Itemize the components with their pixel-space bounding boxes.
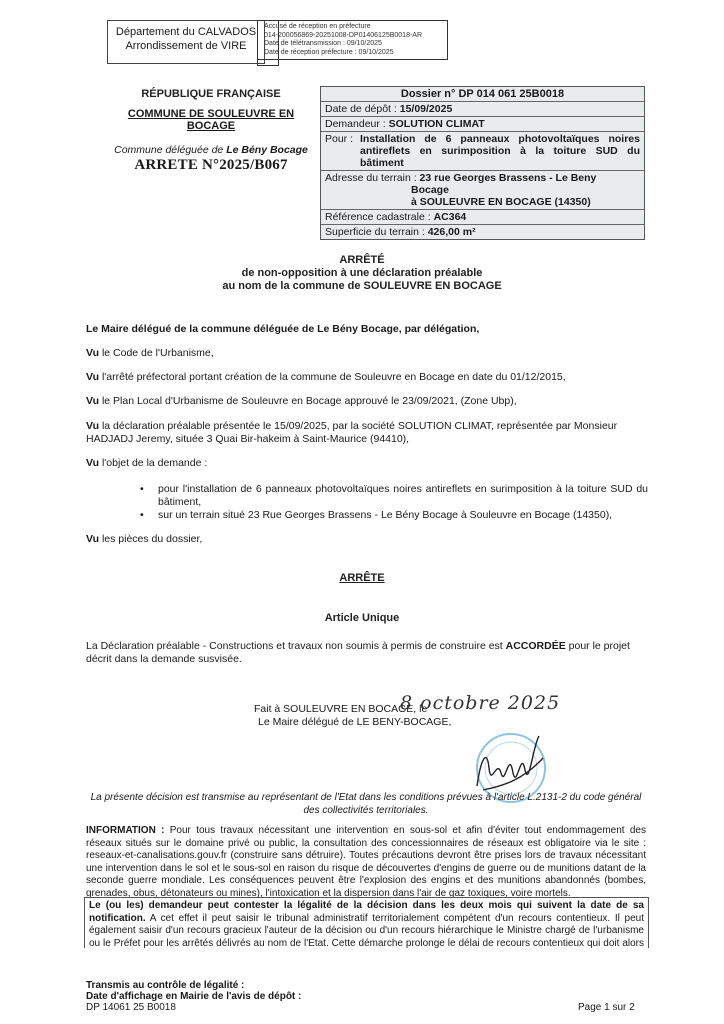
article-title: Article Unique [0, 612, 724, 624]
value: 426,00 m² [428, 226, 476, 238]
dossier-date-depot: Date de dépôt : 15/09/2025 [321, 101, 644, 116]
delegated-commune: Commune déléguée de Le Bény Bocage [108, 144, 314, 156]
maire-statement: Le Maire délégué de la commune déléguée … [86, 323, 646, 336]
value: 23 rue Georges Brassens - Le Beny [420, 172, 597, 184]
arrondissement-line: Arrondissement de VIRE [108, 39, 264, 53]
vu-code-urbanisme: Vu le Code de l'Urbanisme, [86, 347, 646, 360]
dossier-box: Dossier n° DP 014 061 25B0018 Date de dé… [320, 86, 645, 240]
footer-transmis: Transmis au contrôle de légalité : [86, 980, 301, 991]
dossier-title: Dossier n° DP 014 061 25B0018 [321, 87, 644, 101]
prefecture-acknowledgement-stamp: Accusé de réception en préfecture 014-20… [258, 20, 448, 60]
recours-text: A cet effet il peut saisir le tribunal a… [89, 913, 644, 949]
vu-word: Vu [86, 420, 99, 432]
left-title-block: RÉPUBLIQUE FRANÇAISE COMMUNE DE SOULEUVR… [108, 88, 314, 174]
value: Installation de 6 panneaux photovoltaïqu… [360, 133, 640, 169]
page-number: Page 1 sur 2 [578, 1002, 635, 1013]
label: Pour : [325, 133, 360, 169]
ack-line-3: Date de télétransmission : 09/10/2025 [264, 40, 447, 49]
department-line: Département du CALVADOS [108, 25, 264, 39]
vu-objet: Vu l'objet de la demande : [86, 457, 646, 470]
vu-word: Vu [86, 395, 99, 407]
vu-text: le Plan Local d'Urbanisme de Souleuvre e… [99, 395, 517, 407]
vu-text: les pièces du dossier, [99, 533, 202, 545]
objet-list: pour l'installation de 6 panneaux photov… [140, 483, 648, 522]
heading-line: au nom de la commune de SOULEUVRE EN BOC… [0, 280, 724, 293]
vu-arrete-prefectoral: Vu l'arrêté préfectoral portant création… [86, 371, 646, 384]
value: SOLUTION CLIMAT [389, 118, 485, 130]
arrete-heading: ARRÊTÉ de non-opposition à une déclarati… [0, 254, 724, 293]
ack-line-1: Accusé de réception en préfecture [264, 23, 447, 32]
dossier-pour: Pour : Installation de 6 panneaux photov… [321, 131, 644, 170]
dossier-adresse: Adresse du terrain : 23 rue Georges Bras… [321, 170, 644, 209]
republic-title: RÉPUBLIQUE FRANÇAISE [108, 88, 314, 100]
delegated-prefix: Commune déléguée de [114, 144, 226, 156]
value: 15/09/2025 [400, 103, 453, 115]
vu-text: l'objet de la demande : [99, 457, 207, 469]
arrete-section-title: ARRÊTE [0, 572, 724, 584]
vu-word: Vu [86, 457, 99, 469]
commune-title: COMMUNE DE SOULEUVRE EN BOCAGE [108, 108, 314, 132]
dossier-demandeur: Demandeur : SOLUTION CLIMAT [321, 116, 644, 131]
dossier-superficie: Superficie du terrain : 426,00 m² [321, 224, 644, 239]
delegated-name: Le Bény Bocage [226, 144, 308, 156]
handwritten-date: 8 octobre 2025 [400, 692, 560, 714]
label: Adresse du terrain : [325, 172, 420, 184]
vu-text: l'arrêté préfectoral portant création de… [99, 371, 566, 383]
vu-word: Vu [86, 347, 99, 359]
information-notice: INFORMATION : Pour tous travaux nécessit… [86, 825, 646, 900]
vu-word: Vu [86, 371, 99, 383]
stamp-frame [257, 20, 279, 66]
vu-word: Vu [86, 533, 99, 545]
footer-affichage: Date d'affichage en Mairie de l'avis de … [86, 991, 301, 1002]
decision-text: La Déclaration préalable - Constructions… [86, 640, 646, 666]
vu-declaration: Vu la déclaration préalable présentée le… [86, 420, 646, 446]
value: Bocage [325, 184, 640, 196]
label: Date de dépôt : [325, 103, 400, 115]
vu-text: le Code de l'Urbanisme, [99, 347, 214, 359]
label: Demandeur : [325, 118, 389, 130]
heading-line: de non-opposition à une déclaration préa… [0, 267, 724, 280]
value: à SOULEUVRE EN BOCAGE (14350) [325, 196, 640, 208]
arrete-number: ARRETE N°2025/B067 [108, 157, 314, 174]
label: Référence cadastrale : [325, 211, 434, 223]
vu-pieces: Vu les pièces du dossier, [86, 533, 646, 546]
vu-text: la déclaration préalable présentée le 15… [86, 420, 617, 445]
dossier-cadastre: Référence cadastrale : AC364 [321, 209, 644, 224]
info-label: INFORMATION : [86, 825, 164, 836]
decision-status: ACCORDÉE [506, 640, 566, 652]
heading-line: ARRÊTÉ [0, 254, 724, 267]
value: AC364 [434, 211, 467, 223]
vu-plu: Vu le Plan Local d'Urbanisme de Souleuvr… [86, 395, 646, 408]
ack-line-4: Date de réception préfecture : 09/10/202… [264, 49, 447, 58]
maire-signatory: Le Maire délégué de LE BENY-BOCAGE, [258, 716, 451, 728]
list-item: sur un terrain situé 23 Rue Georges Bras… [140, 509, 648, 522]
info-text: Pour tous travaux nécessitant une interv… [86, 825, 646, 899]
list-item: pour l'installation de 6 panneaux photov… [140, 483, 648, 509]
footer-reference: DP 14061 25 B0018 [86, 1002, 301, 1013]
ack-line-2: 014-200056869-20251008-DP01406125B0018-A… [264, 32, 447, 41]
department-box: Département du CALVADOS Arrondissement d… [107, 20, 265, 64]
transmission-notice: La présente décision est transmise au re… [86, 791, 646, 817]
footer: Transmis au contrôle de légalité : Date … [86, 980, 301, 1013]
decision-pre: La Déclaration préalable - Constructions… [86, 640, 506, 652]
recours-notice: Le (ou les) demandeur peut contester la … [84, 897, 649, 948]
label: Superficie du terrain : [325, 226, 428, 238]
